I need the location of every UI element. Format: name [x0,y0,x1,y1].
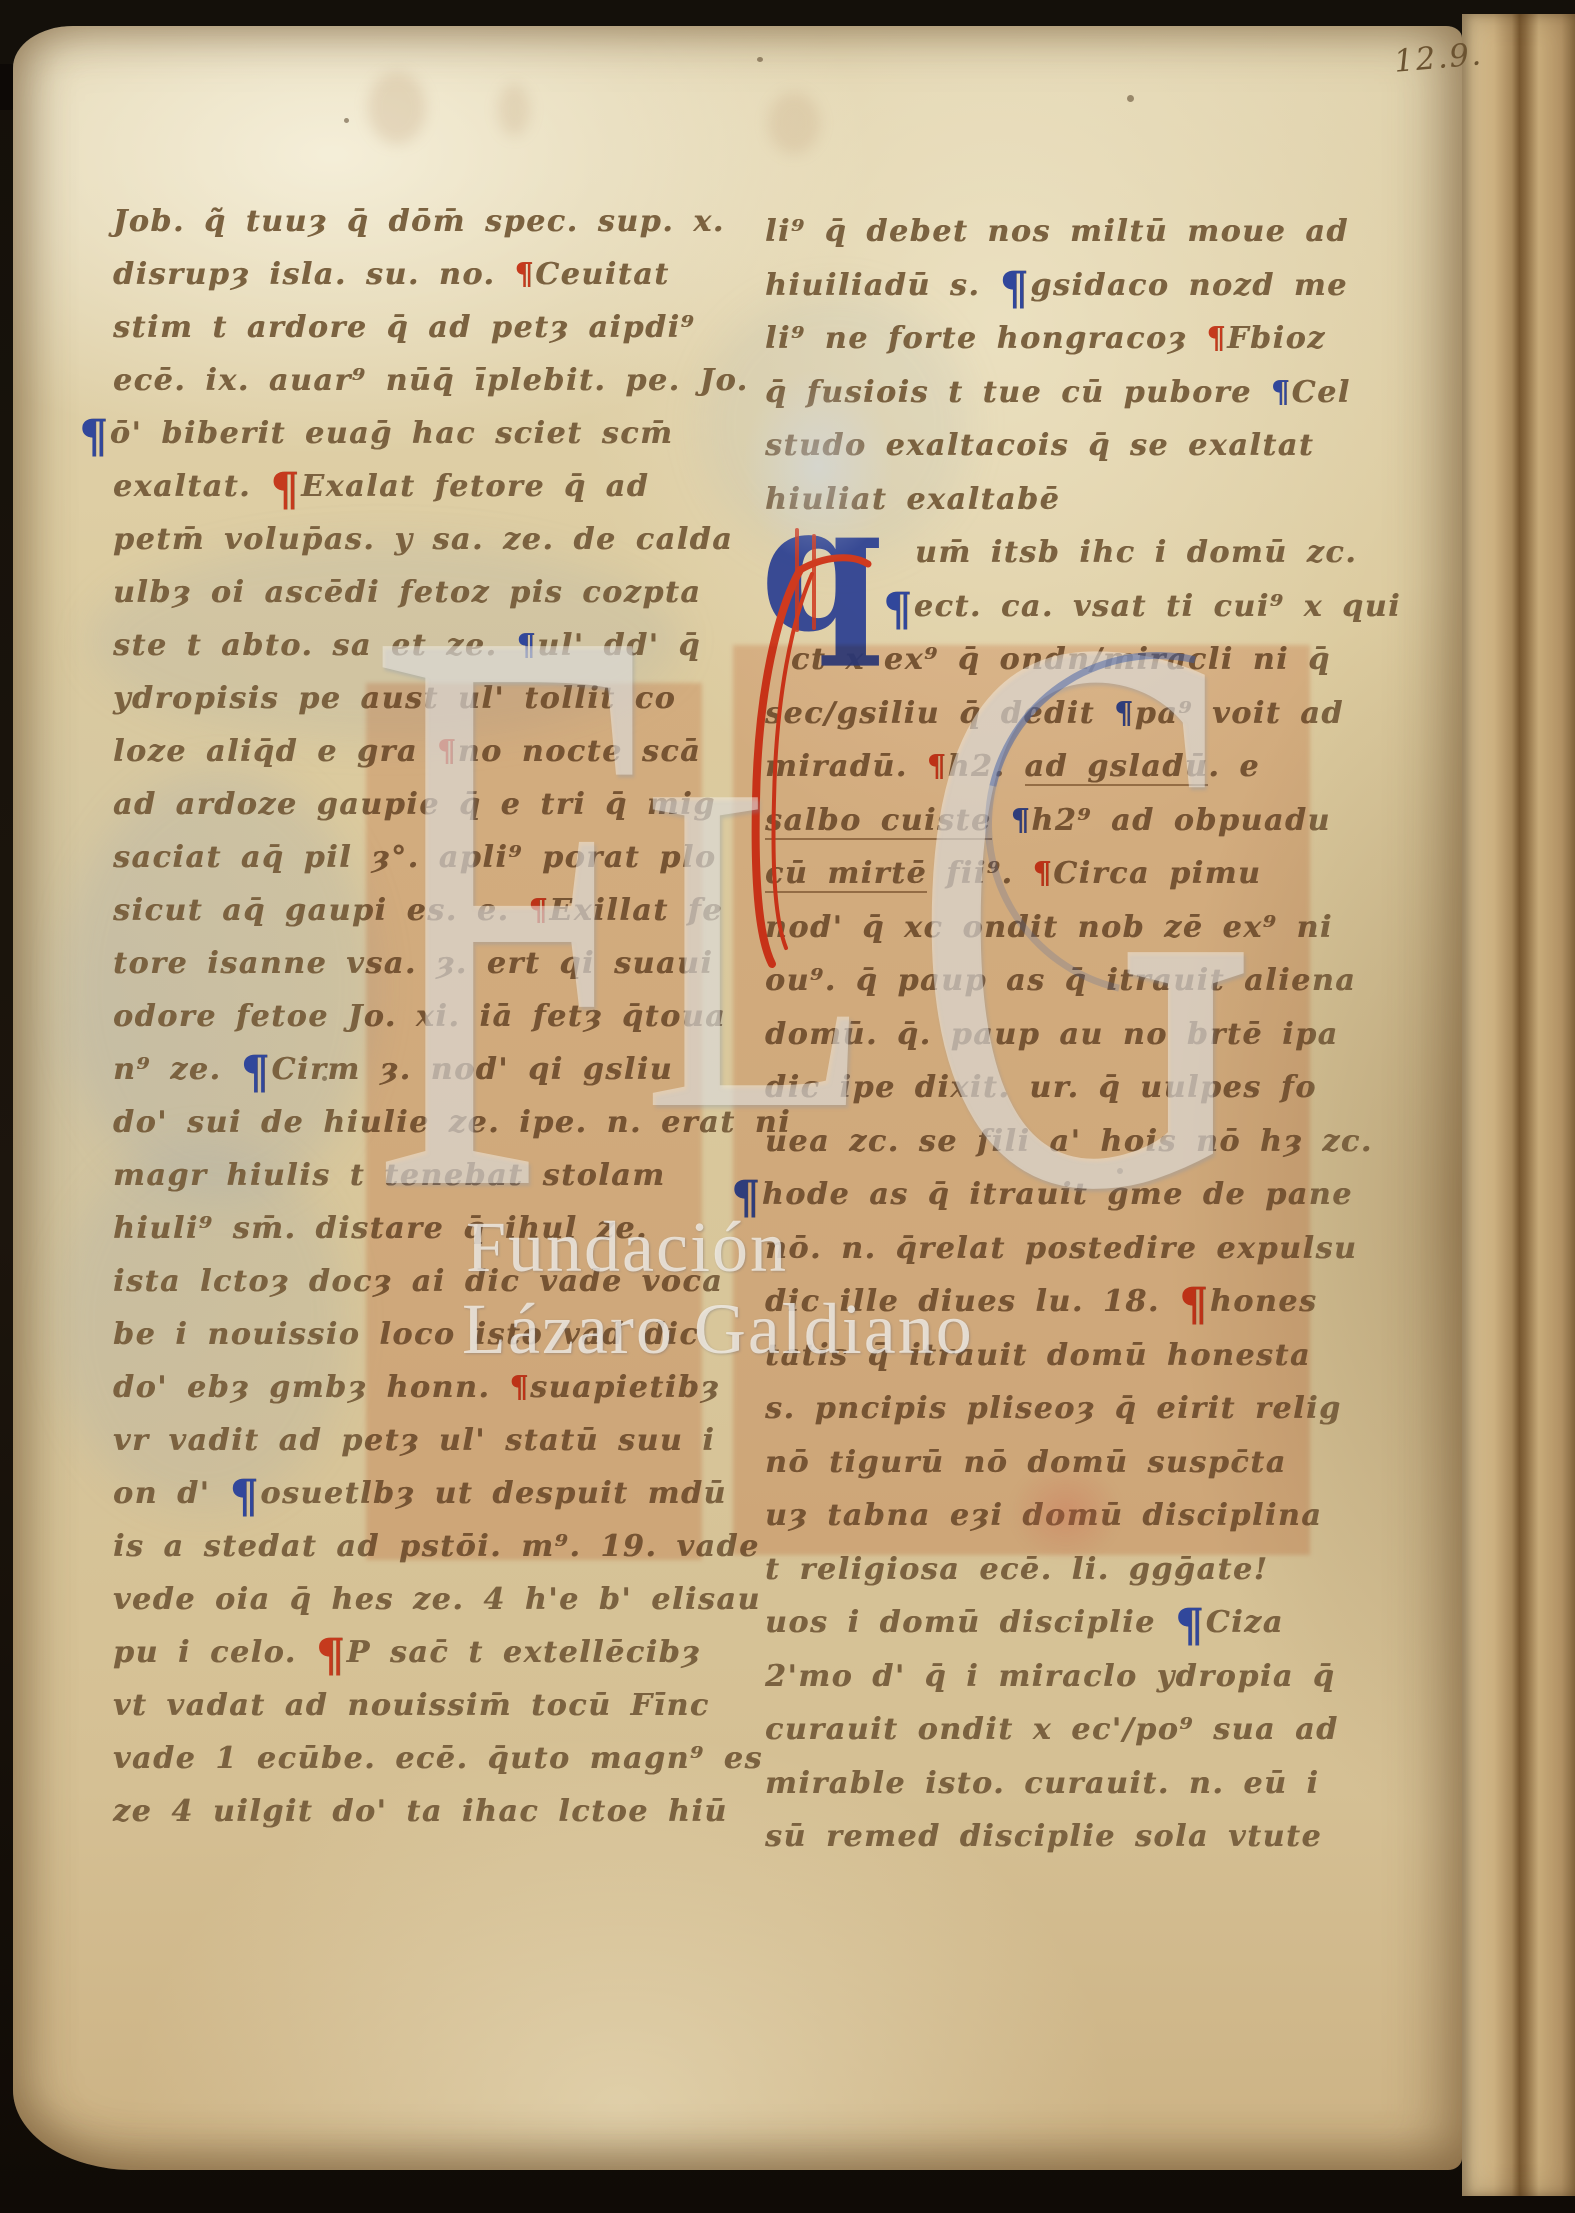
manuscript-photo: 12.9. Job. q̃ tuuȝ q̄ dōm̄ spec. sup. x.… [0,0,1575,2213]
manuscript-text: curauit ondit x ec'/po⁹ sua ad [765,1712,1339,1747]
manuscript-text: disrupȝ isla. su. no. [113,257,515,292]
manuscript-text: li⁹ q̄ debet nos miltū moue ad [765,214,1349,249]
manuscript-line: 2'mo d' q̄ i miraclo ydropia q̄ [765,1659,1377,1713]
capitulum-mark: ¶ [1175,1598,1206,1652]
manuscript-line: hiuiliadū s. ¶gsidaco nozd me [765,268,1377,322]
manuscript-line: disrupȝ isla. su. no. ¶Ceuitat [113,257,718,310]
manuscript-text: vade 1 ecūbe. ecē. q̄uto magn⁹ es [113,1741,763,1776]
stain-streak [768,92,820,154]
capitulum-mark: ¶ [241,1045,272,1099]
capitulum-mark: ¶ [883,582,914,636]
manuscript-text: pu i celo. [113,1635,316,1670]
manuscript-text: ecē. ix. auar⁹ nūq̄ īplebit. pe. Jo. [113,363,749,398]
manuscript-text: ō' biberit euaḡ hac sciet scm̄ [110,416,674,451]
manuscript-text: Fbioz [1227,321,1326,356]
capitulum-mark: ¶ [270,462,301,516]
red-stain [1010,1462,1122,1562]
manuscript-text: Ceuitat [535,257,670,292]
manuscript-text: t religiosa ecē. li. ggḡate! [765,1552,1268,1587]
manuscript-text: sū remed disciplie sola vtute [765,1819,1322,1854]
manuscript-text: hiuiliadū s. [765,268,999,303]
manuscript-line: li⁹ q̄ debet nos miltū moue ad [765,214,1377,268]
capitulum-mark: ¶ [1206,321,1227,356]
manuscript-text: P sac̄ t extellēcibȝ [347,1635,701,1670]
manuscript-line: vede oia q̄ hes ze. 4 h'e b' elisau [113,1582,718,1635]
manuscript-text: n⁹ ze. [113,1052,241,1087]
manuscript-line: mirable isto. curauit. n. eū i [765,1766,1377,1820]
watermark-text-line1: Fundación [466,1206,788,1289]
stain-streak [498,84,530,136]
watermark-circle [742,368,894,564]
manuscript-text: mirable isto. curauit. n. eū i [765,1766,1320,1801]
manuscript-text: ze 4 uilgit do' ta ihac lctoe hiū [113,1794,728,1829]
page-fore-edges [1462,14,1575,2196]
capitulum-mark: ¶ [79,409,110,463]
manuscript-line: stim t ardore q̄ ad petȝ aipdi⁹ [113,310,718,363]
manuscript-line: ecē. ix. auar⁹ nūq̄ īplebit. pe. Jo. [113,363,718,416]
ink-speck [1127,95,1134,102]
ink-speck [757,57,763,62]
manuscript-text: vede oia q̄ hes ze. 4 h'e b' elisau [113,1582,761,1617]
capitulum-mark: ¶ [229,1469,260,1523]
watermark-letter-f: F [368,497,651,1317]
capitulum-mark: ¶ [1271,375,1292,410]
manuscript-text: stim t ardore q̄ ad petȝ aipdi⁹ [113,310,695,345]
stain-streak [368,72,426,144]
manuscript-line: Job. q̃ tuuȝ q̄ dōm̄ spec. sup. x. [113,204,718,257]
manuscript-line: curauit ondit x ec'/po⁹ sua ad [765,1712,1377,1766]
ink-speck [344,118,349,123]
manuscript-line: ze 4 uilgit do' ta ihac lctoe hiū [113,1794,718,1847]
manuscript-text: gsidaco nozd me [1030,268,1348,303]
manuscript-line: uos i domū disciplie ¶Ciza [765,1605,1377,1659]
capitulum-mark: ¶ [515,257,536,292]
capitulum-mark: ¶ [316,1628,347,1682]
manuscript-text: Cel [1292,375,1351,410]
manuscript-text: Job. q̃ tuuȝ q̄ dōm̄ spec. sup. x. [113,204,725,239]
folio-number: 12.9. [1393,36,1485,80]
manuscript-text: Ciza [1206,1605,1284,1640]
capitulum-mark: ¶ [999,261,1030,315]
manuscript-text: 2'mo d' q̄ i miraclo ydropia q̄ [765,1659,1335,1694]
manuscript-line: sū remed disciplie sola vtute [765,1819,1377,1873]
manuscript-line: pu i celo. ¶P sac̄ t extellēcibȝ [113,1635,718,1688]
manuscript-line: vt vadat ad nouissim̄ tocū Fīnc [113,1688,718,1741]
manuscript-line: vade 1 ecūbe. ecē. q̄uto magn⁹ es [113,1741,718,1794]
watermark-text-line2: Lázaro Galdiano [462,1288,974,1371]
manuscript-line: li⁹ ne forte hongracoȝ ¶Fbioz [765,321,1377,375]
manuscript-text: exaltat. [113,469,270,504]
manuscript-text: vt vadat ad nouissim̄ tocū Fīnc [113,1688,710,1723]
manuscript-text: li⁹ ne forte hongracoȝ [765,321,1206,356]
watermark-letter-l: L [642,712,872,1182]
manuscript-text: uos i domū disciplie [765,1605,1175,1640]
manuscript-text: on d' [113,1476,229,1511]
